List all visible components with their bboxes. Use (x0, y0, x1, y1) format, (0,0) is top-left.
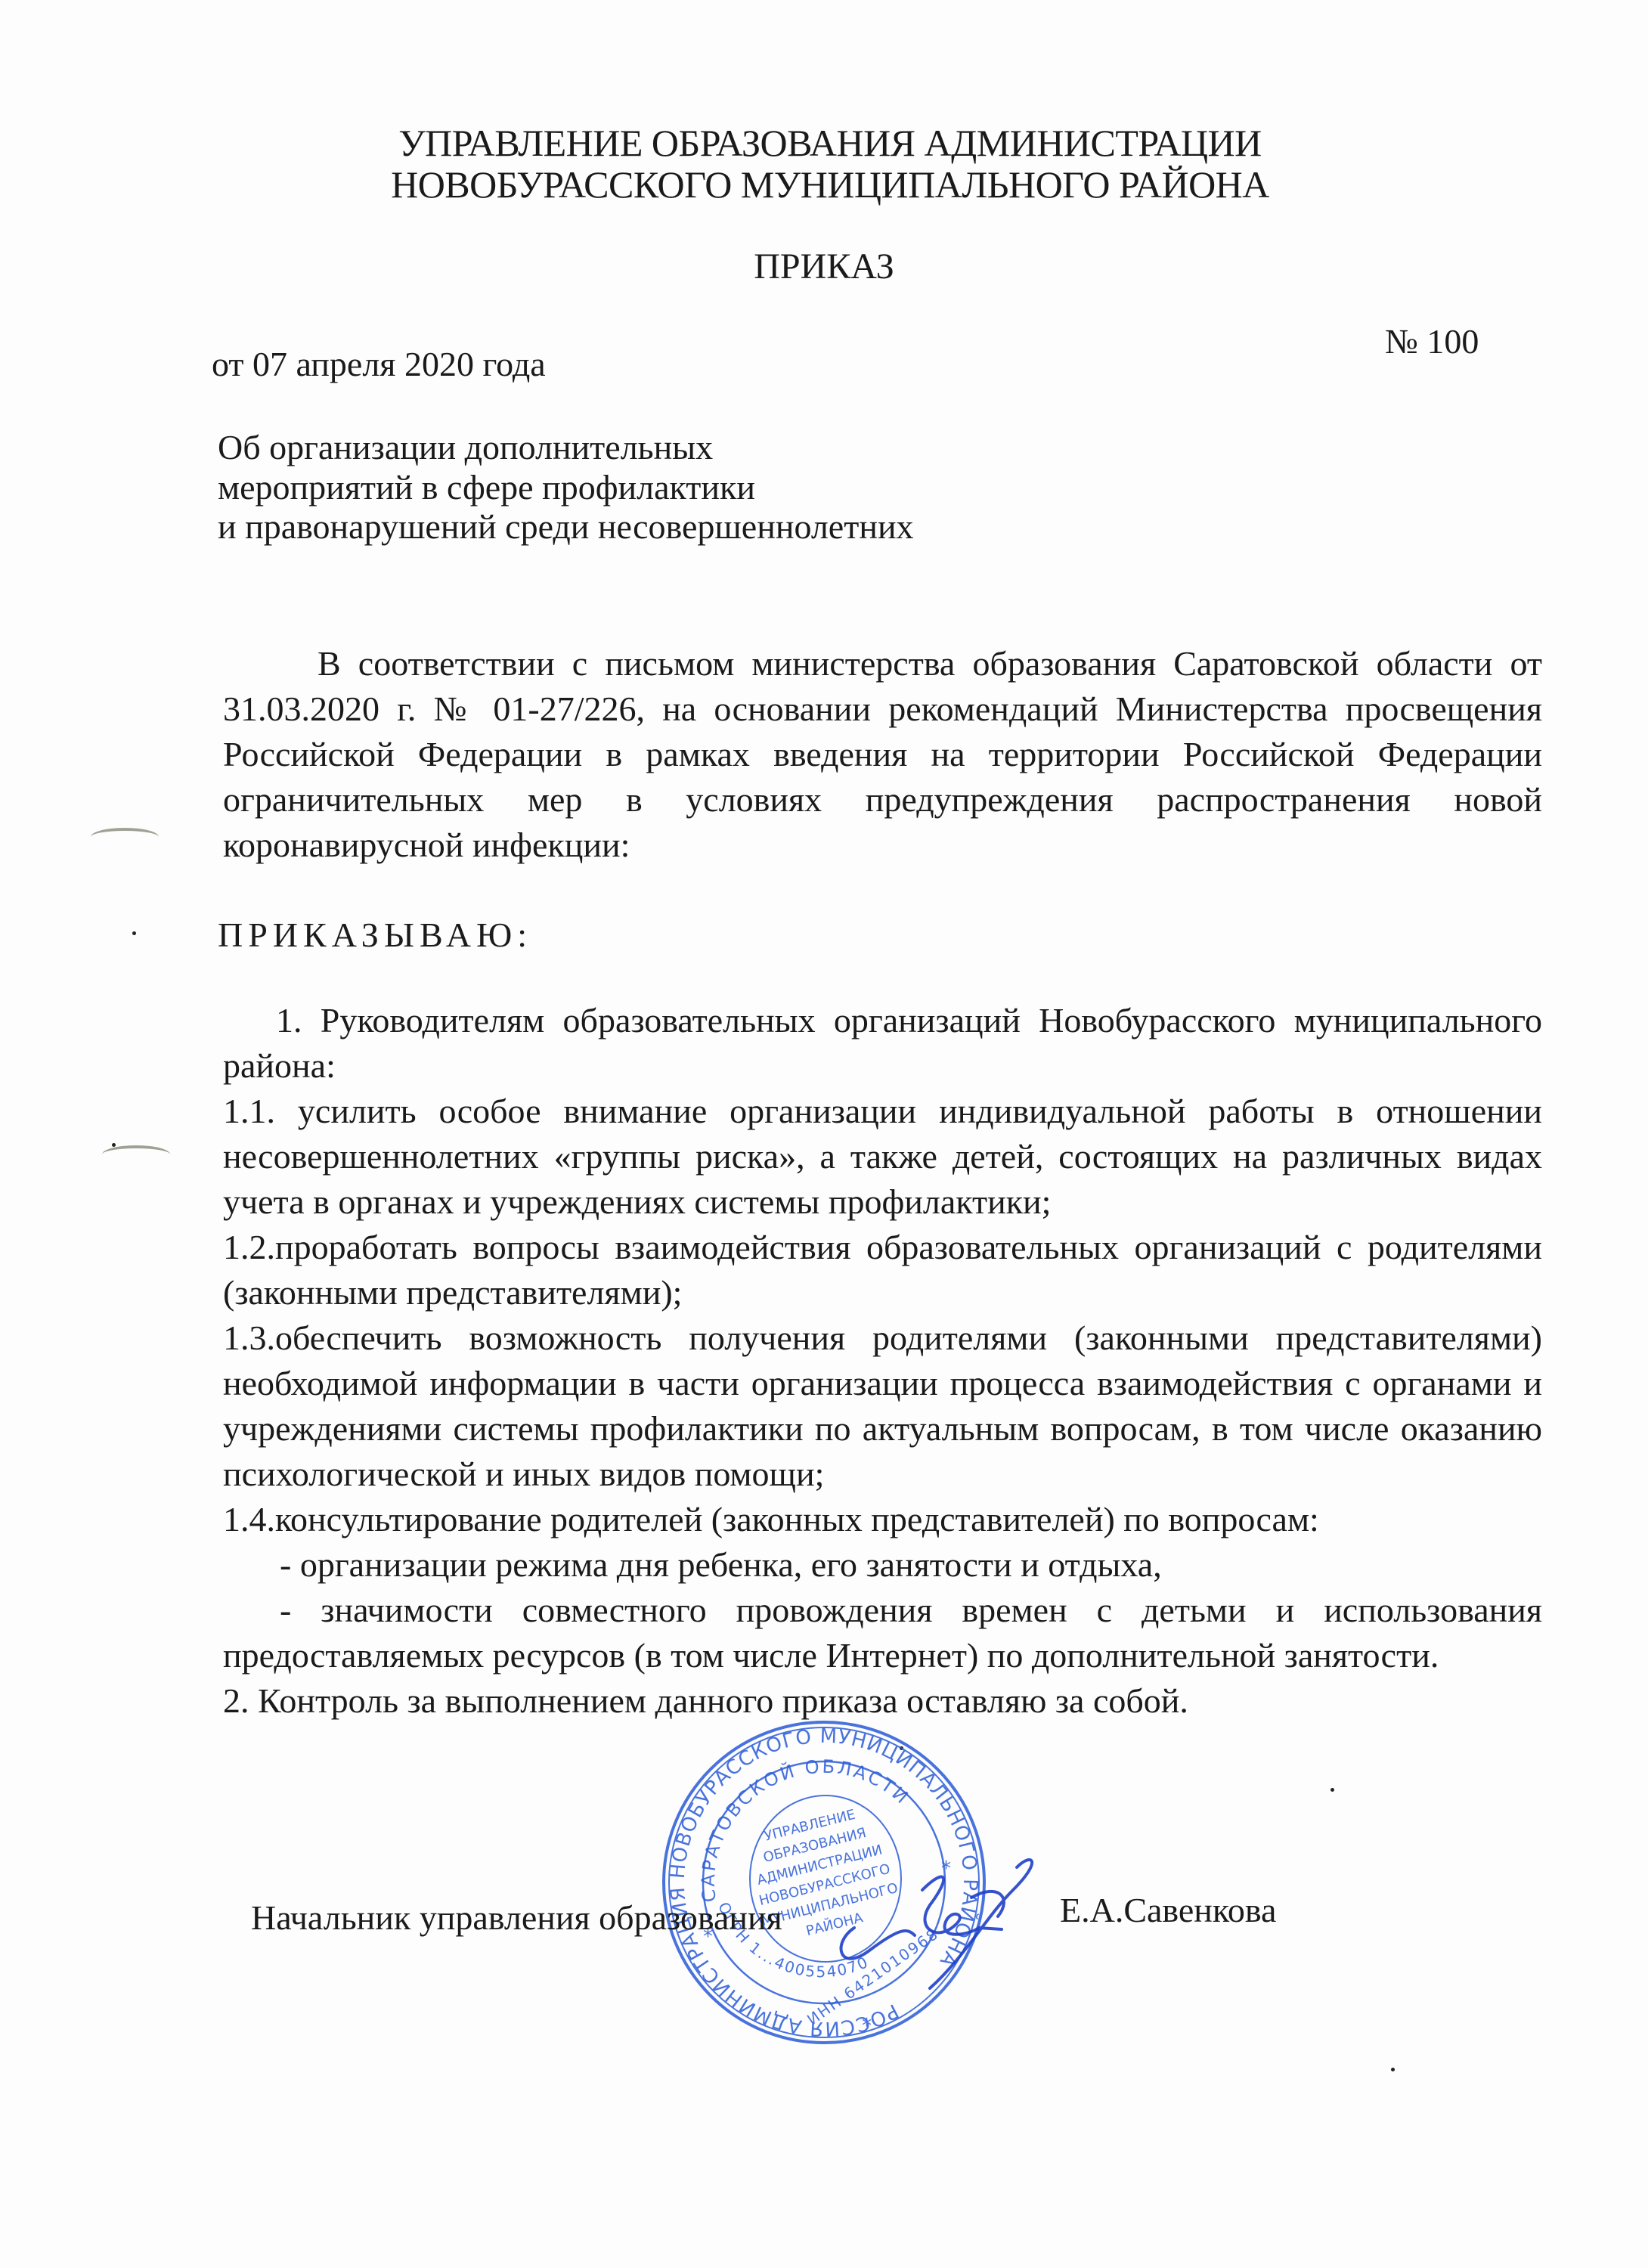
scanned-document-page: УПРАВЛЕНИЕ ОБРАЗОВАНИЯ АДМИНИСТРАЦИИ НОВ… (0, 0, 1648, 2268)
document-type-title: ПРИКАЗ (0, 246, 1648, 287)
order-subject-line: и правонарушений среди несовершеннолетни… (218, 507, 914, 547)
order-item-1-4: 1.4.консультирование родителей (законных… (223, 1497, 1542, 1542)
signatory-name: Е.А.Савенкова (1060, 1890, 1276, 1930)
order-item-1-1: 1.1. усилить особое внимание организации… (223, 1089, 1542, 1225)
signatory-position: Начальник управления образования (251, 1898, 782, 1938)
scan-speck (1391, 2068, 1395, 2071)
order-item-1-3: 1.3.обеспечить возможность получения род… (223, 1315, 1542, 1497)
order-item-1-4-b: - значимости совместного провождения вре… (223, 1588, 1542, 1678)
order-subject-line: мероприятий в сфере профилактики (218, 467, 755, 507)
organization-name-line2: НОВОБУРАССКОГО МУНИЦИПАЛЬНОГО РАЙОНА (6, 163, 1648, 206)
order-date: от 07 апреля 2020 года (212, 344, 546, 384)
order-number: № 100 (1385, 321, 1479, 361)
order-item-1-2: 1.2.проработать вопросы взаимодействия о… (223, 1225, 1542, 1315)
order-subject-line: Об организации дополнительных (218, 427, 713, 467)
organization-name-line1: УПРАВЛЕНИЕ ОБРАЗОВАНИЯ АДМИНИСТРАЦИИ (6, 121, 1648, 165)
scan-speck (1330, 1788, 1334, 1792)
preamble-text: В соответствии с письмом министерства об… (223, 641, 1542, 868)
order-item-1-4-a: - организации режима дня ребенка, его за… (223, 1542, 1542, 1588)
order-item-1: 1. Руководителям образовательных организ… (223, 998, 1542, 1089)
scan-speck (132, 931, 136, 935)
decree-heading: ПРИКАЗЫВАЮ: (218, 915, 532, 955)
hole-punch-mark (91, 828, 159, 846)
hole-punch-mark (102, 1145, 170, 1163)
handwritten-signature-icon (824, 1845, 1051, 1996)
order-items: 1. Руководителям образовательных организ… (223, 998, 1542, 1724)
preamble: В соответствии с письмом министерства об… (223, 641, 1542, 868)
scan-speck (112, 1143, 116, 1147)
svg-text:*: * (862, 2015, 872, 2037)
